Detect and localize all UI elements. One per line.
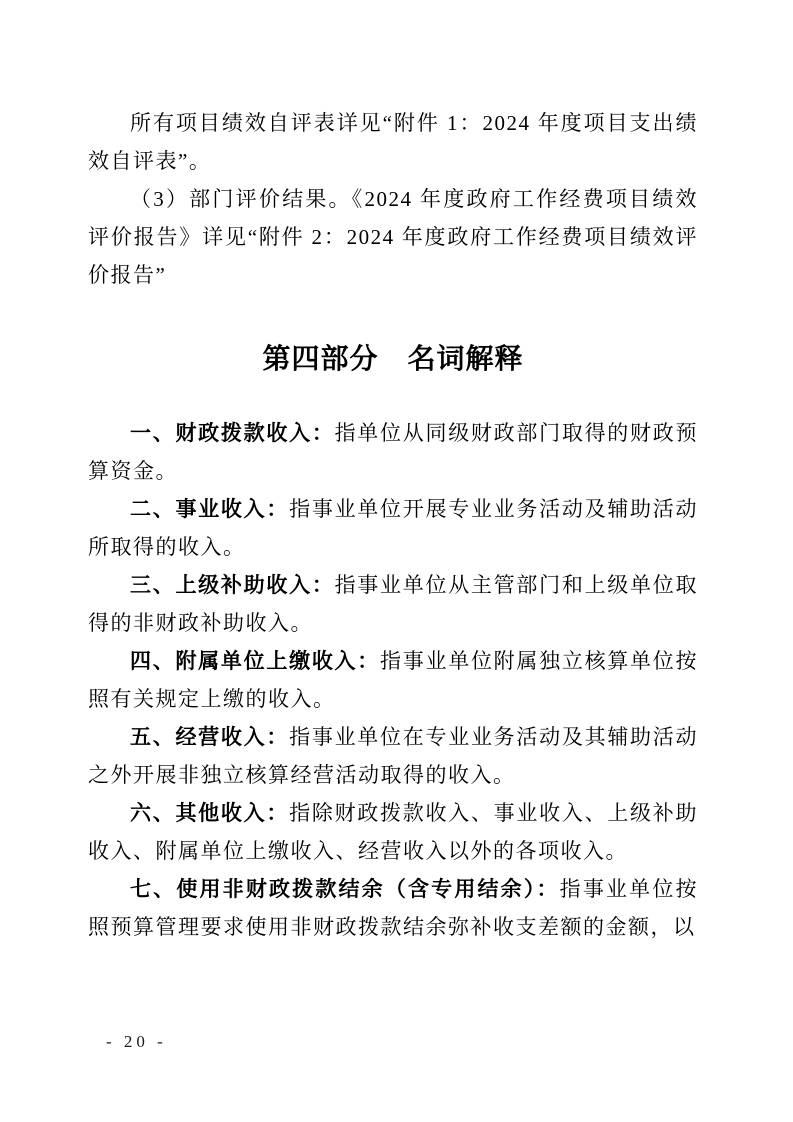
intro-paragraph-1: 所有项目绩效自评表详见“附件 1：2024 年度项目支出绩效自评表”。 (88, 104, 698, 180)
definition-term: 六、其他收入： (130, 801, 289, 825)
definition-term: 二、事业收入： (130, 497, 289, 521)
paragraph-text: 所有项目绩效自评表详见“附件 1：2024 年度项目支出绩效自评表”。 (88, 111, 698, 173)
definition-item-6: 六、其他收入：指除财政拨款收入、事业收入、上级补助收入、附属单位上缴收入、经营收… (88, 794, 698, 870)
definition-item-4: 四、附属单位上缴收入：指事业单位附属独立核算单位按照有关规定上缴的收入。 (88, 642, 698, 718)
definition-item-2: 二、事业收入：指事业单位开展专业业务活动及辅助活动所取得的收入。 (88, 490, 698, 566)
definition-item-5: 五、经营收入：指事业单位在专业业务活动及其辅助活动之外开展非独立核算经营活动取得… (88, 718, 698, 794)
definition-term: 七、使用非财政拨款结余（含专用结余）： (130, 877, 560, 901)
definition-item-3: 三、上级补助收入：指事业单位从主管部门和上级单位取得的非财政补助收入。 (88, 566, 698, 642)
definition-term: 一、财政拨款收入： (130, 421, 335, 445)
definition-term: 五、经营收入： (130, 725, 289, 749)
document-content: 所有项目绩效自评表详见“附件 1：2024 年度项目支出绩效自评表”。 （3）部… (0, 0, 793, 946)
paragraph-text: （3）部门评价结果。《2024 年度政府工作经费项目绩效评价报告》详见“附件 2… (88, 187, 698, 287)
definition-item-7: 七、使用非财政拨款结余（含专用结余）：指事业单位按照预算管理要求使用非财政拨款结… (88, 870, 698, 946)
definition-term: 四、附属单位上缴收入： (130, 649, 380, 673)
document-page: 所有项目绩效自评表详见“附件 1：2024 年度项目支出绩效自评表”。 （3）部… (0, 0, 793, 1122)
definition-term: 三、上级补助收入： (130, 573, 335, 597)
intro-paragraph-2: （3）部门评价结果。《2024 年度政府工作经费项目绩效评价报告》详见“附件 2… (88, 180, 698, 294)
section-title: 第四部分 名词解释 (88, 340, 698, 380)
page-number: - 20 - (106, 1032, 167, 1052)
definition-item-1: 一、财政拨款收入：指单位从同级财政部门取得的财政预算资金。 (88, 414, 698, 490)
